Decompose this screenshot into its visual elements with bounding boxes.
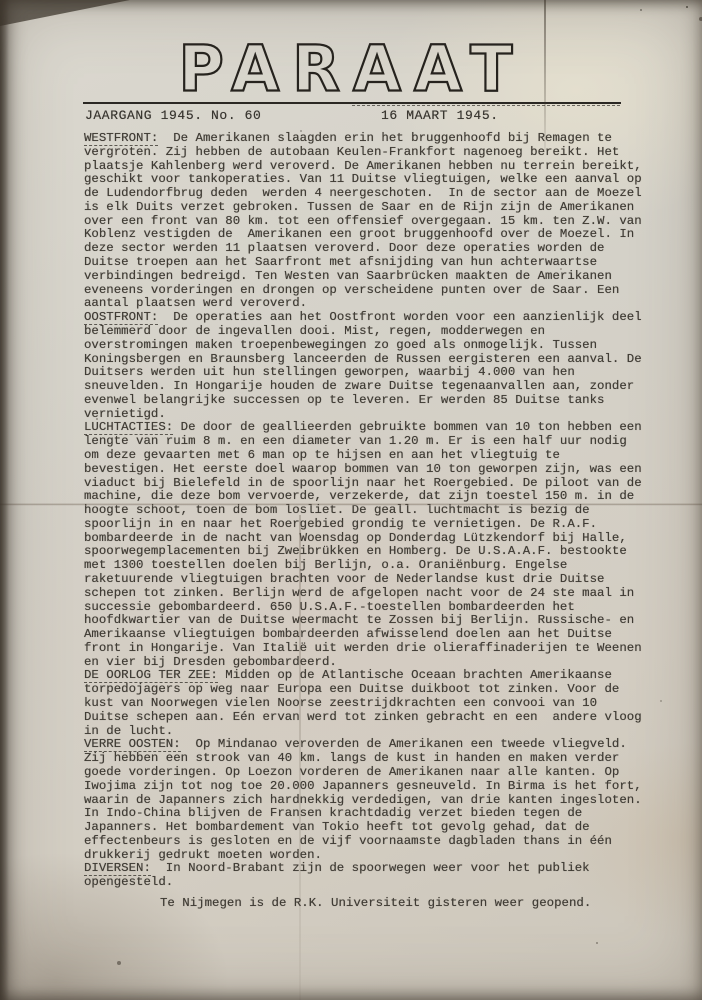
masthead-sub-rule bbox=[352, 105, 620, 106]
newspaper-body: WESTFRONT: De Amerikanen slaagden erin h… bbox=[84, 132, 644, 911]
article-oostfront: OOSTFRONT: De operaties aan het Oostfron… bbox=[84, 311, 644, 421]
article-verre-oosten: VERRE OOSTEN: Op Mindanao veroverden de … bbox=[84, 738, 644, 862]
article-heading-westfront: WESTFRONT: bbox=[84, 131, 158, 146]
article-westfront: WESTFRONT: De Amerikanen slaagden erin h… bbox=[84, 132, 644, 311]
article-luchtacties: LUCHTACTIES: De door de geallieerden geb… bbox=[84, 421, 644, 669]
issue-row: JAARGANG 1945. No. 60 16 MAART 1945. bbox=[0, 108, 702, 126]
scanned-newspaper-page: PARAAT JAARGANG 1945. No. 60 16 MAART 19… bbox=[0, 0, 702, 1000]
article-heading-oorlog-ter-zee: DE OORLOG TER ZEE: bbox=[84, 668, 218, 683]
article-body-oostfront: De operaties aan het Oostfront worden vo… bbox=[84, 310, 649, 420]
article-heading-luchtacties: LUCHTACTIES: bbox=[84, 420, 173, 435]
article-heading-verre-oosten: VERRE OOSTEN: bbox=[84, 737, 181, 752]
article-oorlog-ter-zee: DE OORLOG TER ZEE: Midden op de Atlantis… bbox=[84, 669, 644, 738]
scan-corner-shadow bbox=[0, 0, 130, 26]
horizontal-fold-crease bbox=[0, 503, 702, 506]
vertical-fold-crease-bottom bbox=[299, 515, 301, 1000]
closing-line: Te Nijmegen is de R.K. Universiteit gist… bbox=[84, 897, 644, 911]
vertical-fold-crease-top bbox=[544, 0, 546, 150]
article-heading-oostfront: OOSTFRONT: bbox=[84, 310, 158, 325]
article-body-luchtacties: De door de geallieerden gebruikte bommen… bbox=[84, 420, 649, 668]
issue-date: 16 MAART 1945. bbox=[381, 108, 499, 123]
article-heading-diversen: DIVERSEN: bbox=[84, 861, 151, 876]
masthead: PARAAT bbox=[83, 38, 621, 104]
newspaper-title: PARAAT bbox=[179, 37, 526, 100]
article-diversen: DIVERSEN: In Noord-Brabant zijn de spoor… bbox=[84, 862, 644, 890]
article-body-verre-oosten: Op Mindanao veroverden de Amerikanen een… bbox=[84, 737, 649, 861]
paper-specks bbox=[686, 6, 688, 8]
article-body-diversen: In Noord-Brabant zijn de spoorwegen weer… bbox=[84, 861, 597, 889]
article-body-westfront: De Amerikanen slaagden erin het bruggenh… bbox=[84, 131, 649, 310]
scan-left-edge-shadow bbox=[0, 0, 9, 1000]
issue-number: JAARGANG 1945. No. 60 bbox=[85, 108, 261, 123]
